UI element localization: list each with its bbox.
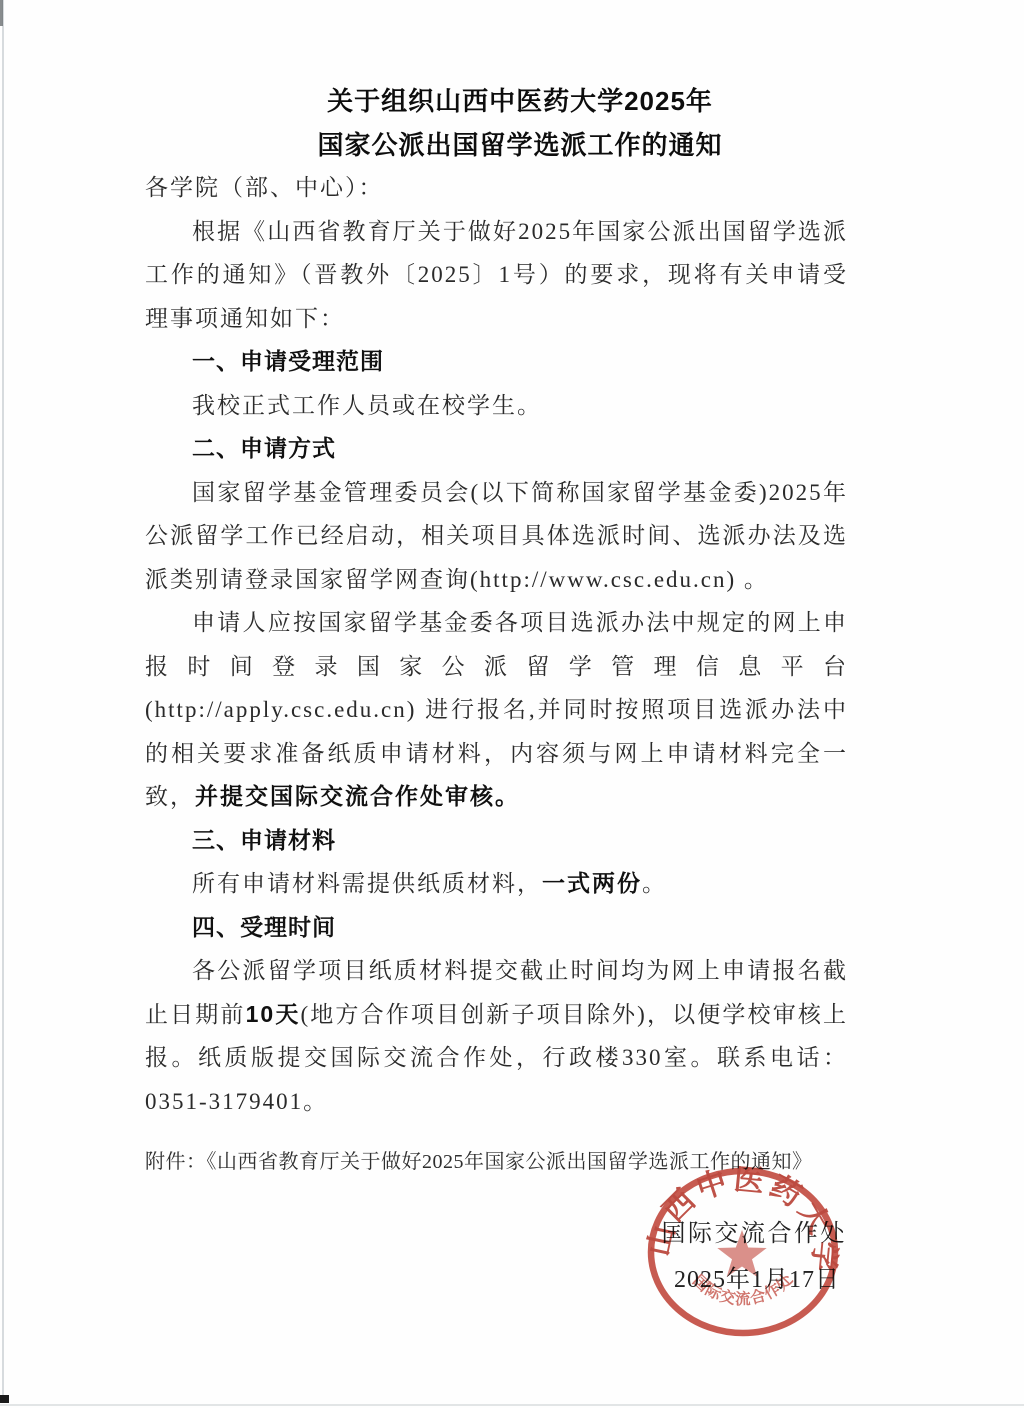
section-heading-1: 一、申请受理范围 [145,340,848,384]
document-body: 各学院（部、中心）： 根据《山西省教育厅关于做好2025年国家公派出国留学选派工… [145,166,848,1123]
document-title: 关于组织山西中医药大学2025年 国家公派出国留学选派工作的通知 [145,79,895,167]
document-title-line2: 国家公派出国留学选派工作的通知 [145,123,895,167]
paragraph-intro: 根据《山西省教育厅关于做好2025年国家公派出国留学选派工作的通知》（晋教外〔2… [145,210,848,341]
paragraph-materials-tail: 。 [642,871,667,896]
section-heading-4: 四、受理时间 [145,906,848,950]
scan-edge-left-dark [0,0,3,26]
paragraph-method-2-text: 申请人应按国家留学基金委各项目选派办法中规定的网上申报时间登录国家公派留学管理信… [145,610,848,809]
section-heading-2: 二、申请方式 [145,427,848,471]
scan-corner-mark [0,1395,9,1403]
paragraph-deadline: 各公派留学项目纸质材料提交截止时间均为网上申请报名截止日期前10天(地方合作项目… [145,949,848,1123]
scan-edge-left [2,0,4,1398]
official-seal: 山西中医药大学 国际交流合作处 [644,1166,842,1338]
paragraph-method-1: 国家留学基金管理委员会(以下简称国家留学基金委)2025年公派留学工作已经启动，… [145,471,848,602]
salutation: 各学院（部、中心）： [145,166,848,210]
seal-department-textpath: 国际交流合作处 [689,1270,797,1309]
paragraph-scope: 我校正式工作人员或在校学生。 [145,384,848,428]
paragraph-method-2: 申请人应按国家留学基金委各项目选派办法中规定的网上申报时间登录国家公派留学管理信… [145,601,848,819]
document-title-line1: 关于组织山西中医药大学2025年 [145,79,895,123]
paragraph-materials: 所有申请材料需提供纸质材料，一式两份。 [145,862,848,906]
section-heading-3: 三、申请材料 [145,819,848,863]
paragraph-materials-text: 所有申请材料需提供纸质材料， [192,871,542,896]
star-icon [717,1230,766,1277]
scan-edge-bottom [0,1404,1024,1406]
paragraph-deadline-bold: 10天 [246,1001,301,1027]
paragraph-method-2-bold: 并提交国际交流合作处审核。 [195,783,520,809]
document-page: 关于组织山西中医药大学2025年 国家公派出国留学选派工作的通知 各学院（部、中… [0,0,1024,1408]
seal-department-text: 国际交流合作处 [689,1270,797,1309]
paragraph-materials-bold: 一式两份 [542,870,642,896]
